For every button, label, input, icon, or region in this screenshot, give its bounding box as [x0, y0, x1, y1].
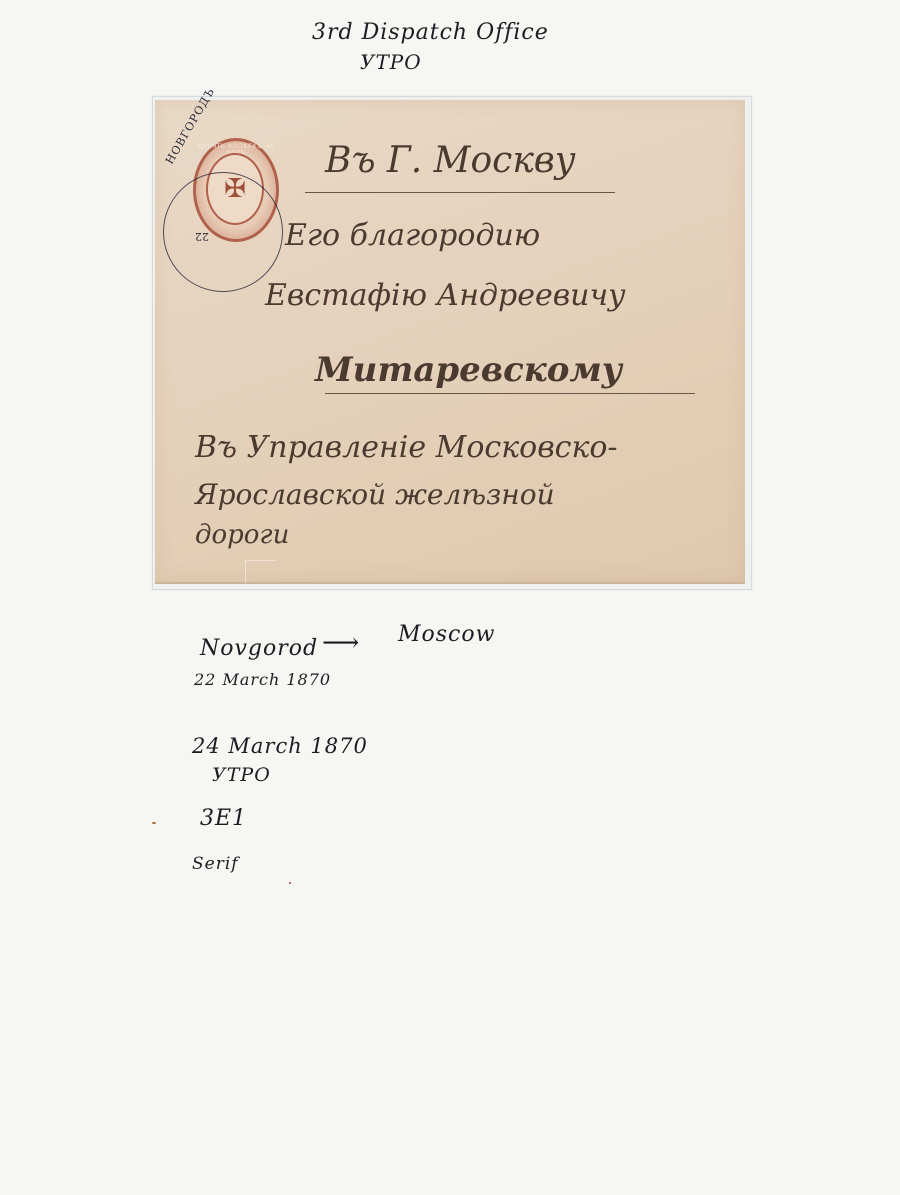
address-line-7: дороги	[195, 520, 289, 550]
address-line-4: Митаревскому	[315, 350, 622, 390]
address-underline-1	[305, 192, 615, 193]
address-line-5: Въ Управленіе Московско-	[195, 430, 618, 465]
ink-speck	[152, 822, 156, 824]
note-origin-date: 22 March 1870	[194, 670, 331, 689]
envelope-crease	[245, 560, 276, 583]
note-route-to: Moscow	[398, 622, 495, 647]
postmark-day: 22	[195, 230, 209, 243]
address-line-6: Ярославской желѣзной	[195, 478, 555, 511]
note-code: 3E1	[200, 806, 247, 831]
ink-speck-2	[289, 882, 291, 884]
note-route-from: Novgorod	[200, 636, 318, 661]
address-line-2: Его благородию	[285, 218, 540, 253]
note-arrival-date: 24 March 1870	[192, 734, 368, 758]
envelope: ДЕСЯТЬ КОПѢЕКЪ ЗА ЛОТЪ ✠ НОВГОРОДЪ 22 Въ…	[155, 100, 745, 584]
note-heading-line2: УТРО	[360, 50, 422, 74]
postmark-circle	[163, 172, 283, 292]
address-line-3: Евстафію Андреевичу	[265, 278, 626, 313]
address-underline-2	[325, 393, 695, 394]
arrow-right-icon: ⟶	[322, 628, 360, 658]
note-type: Serif	[192, 854, 239, 874]
note-arrival-period: УТРО	[212, 764, 271, 786]
note-heading-line1: 3rd Dispatch Office	[312, 20, 549, 45]
address-line-1: Въ Г. Москву	[325, 140, 576, 181]
